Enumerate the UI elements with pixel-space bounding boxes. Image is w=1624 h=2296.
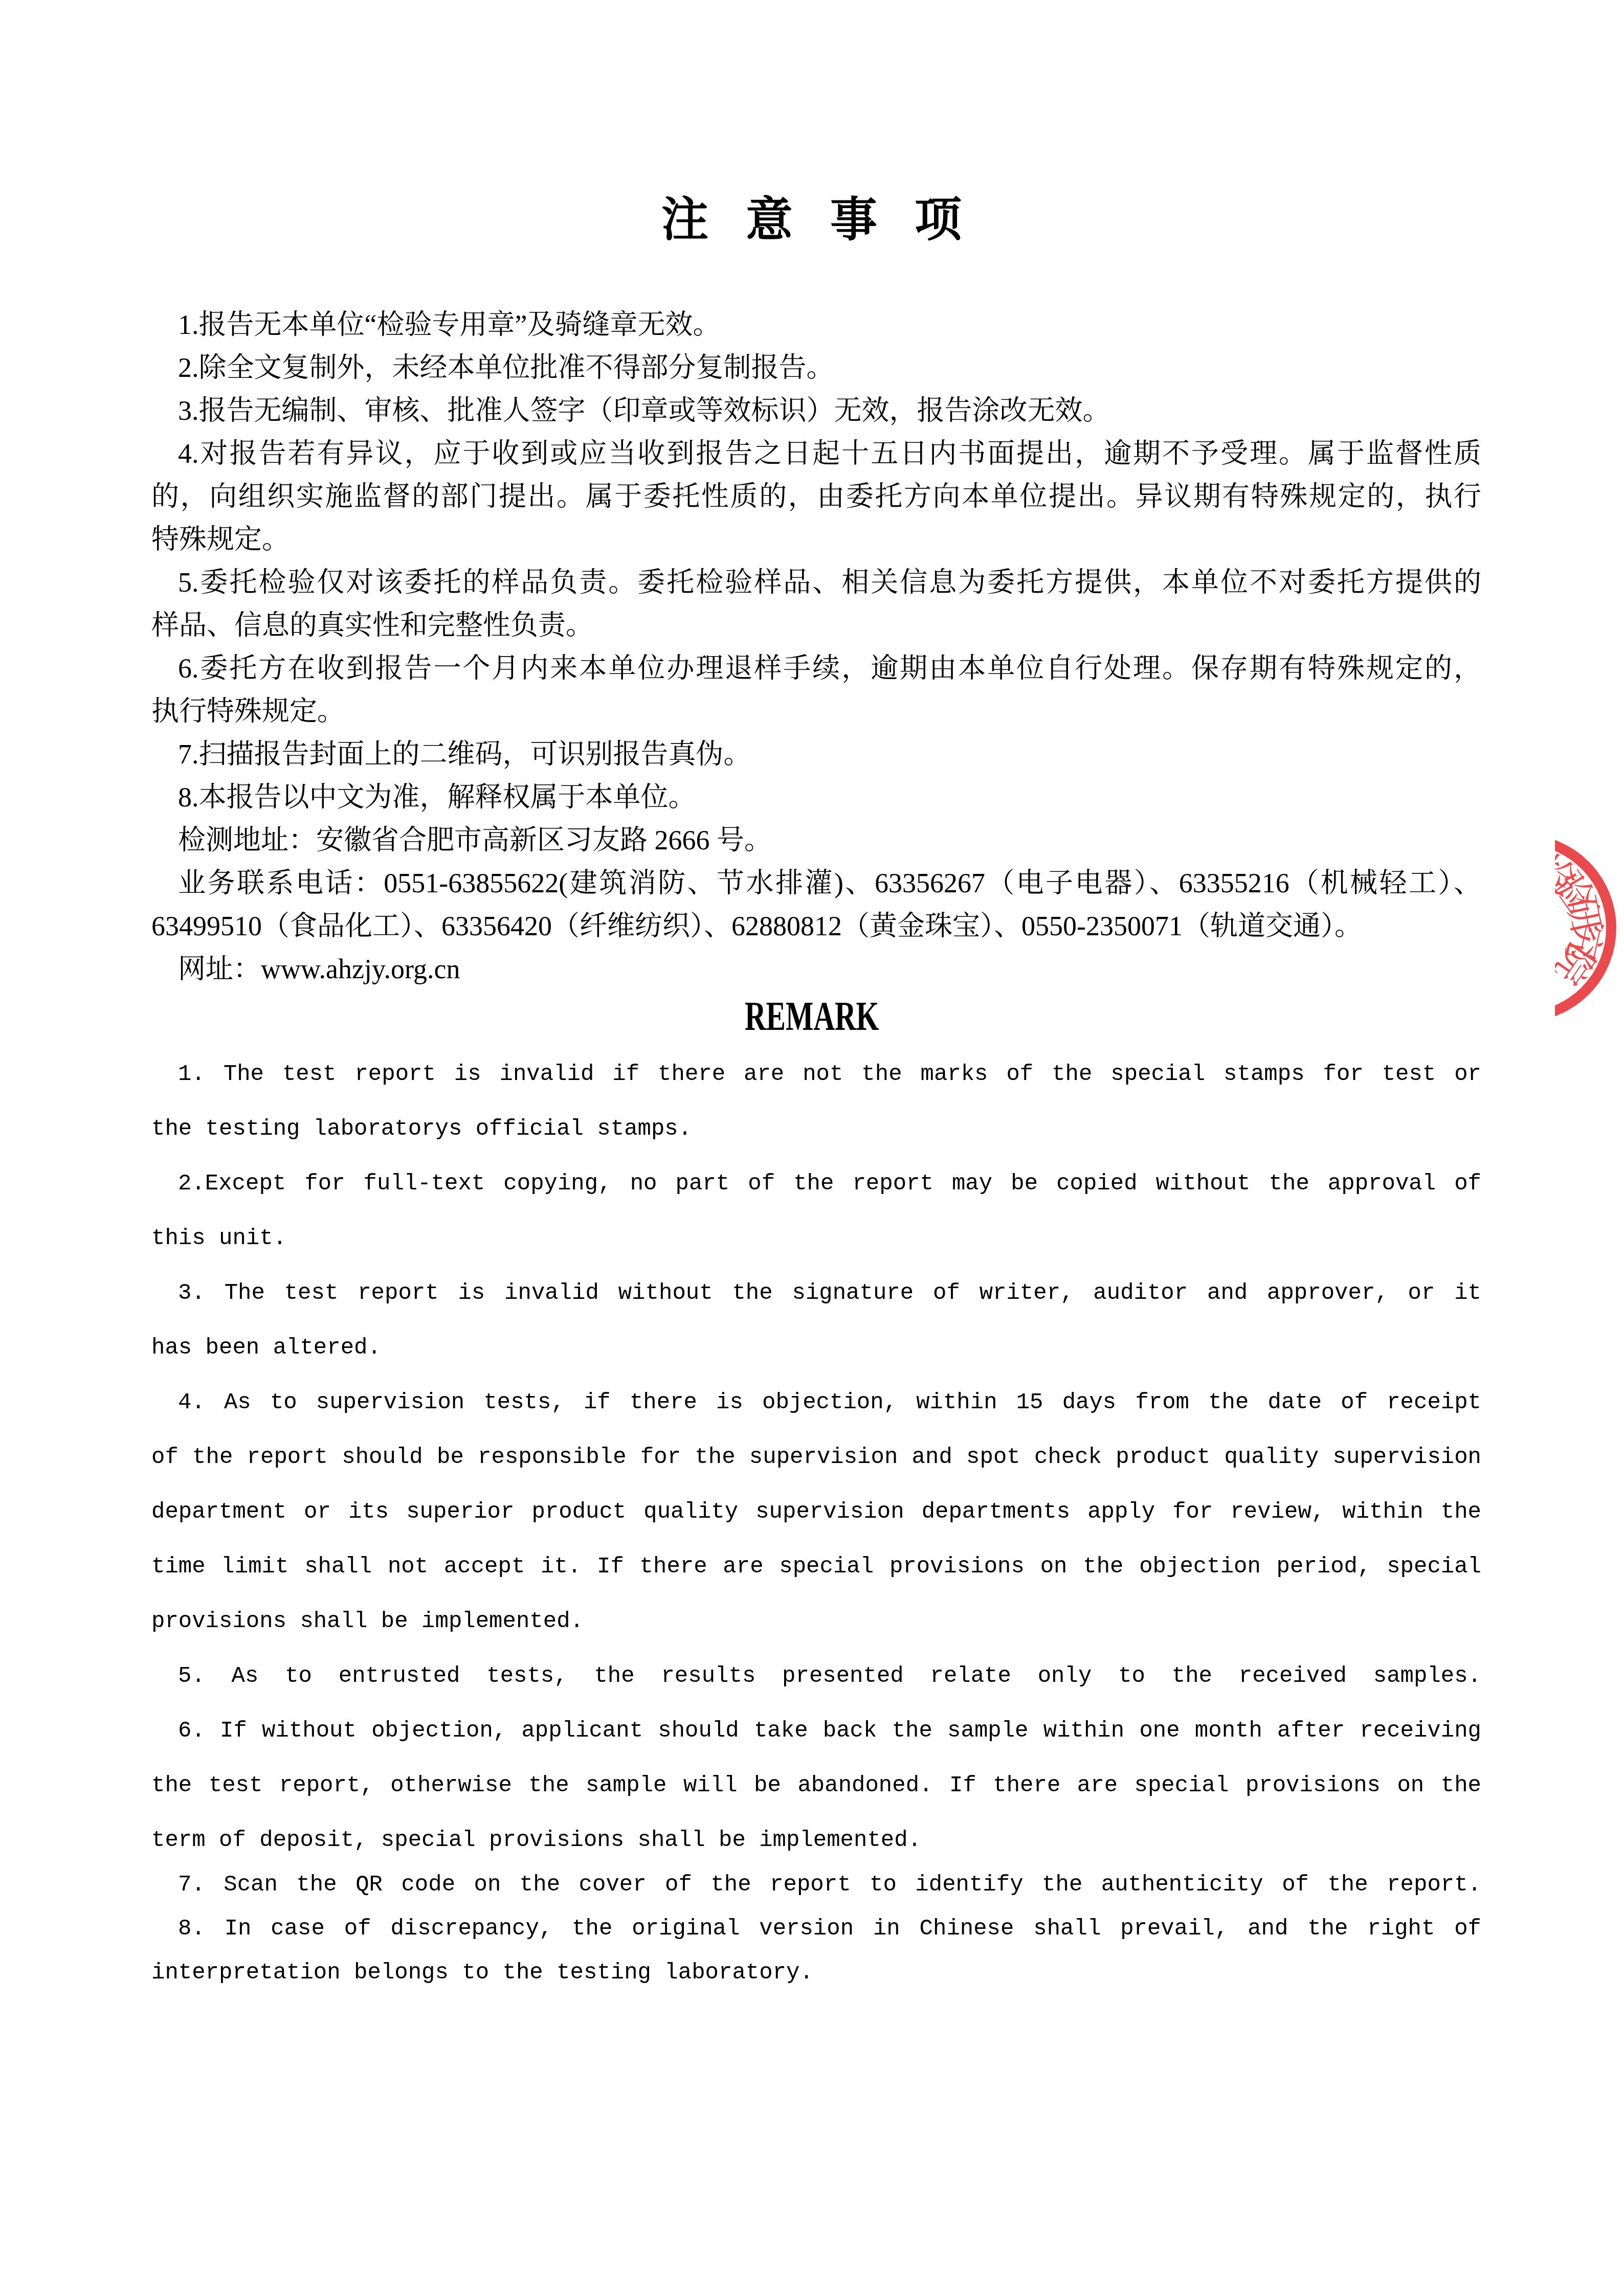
seal-character: 研 bbox=[1559, 892, 1608, 939]
cn-notice-line: 6.委托方在收到报告一个月内来本单位办理退样手续，逾期由本单位自行处理。保存期有… bbox=[151, 647, 1481, 690]
remark-heading-text: REMARK bbox=[745, 996, 879, 1037]
en-remark-line: interpretation belongs to the testing la… bbox=[151, 1951, 1481, 1995]
cn-notice-line: 1.报告无本单位“检验专用章”及骑缝章无效。 bbox=[151, 303, 1481, 346]
cn-notice-line: 5.委托检验仅对该委托的样品负责。委托检验样品、相关信息为委托方提供，本单位不对… bbox=[151, 561, 1481, 604]
en-remark-line: 1. The test report is invalid if there a… bbox=[151, 1047, 1481, 1102]
en-remark-line: 7. Scan the QR code on the cover of the … bbox=[151, 1863, 1481, 1907]
cn-notice-line: 样品、信息的真实性和完整性负责。 bbox=[151, 604, 1481, 647]
en-remark-line: has been altered. bbox=[151, 1321, 1481, 1376]
cn-notice-line: 7.扫描报告封面上的二维码，可识别报告真伪。 bbox=[151, 733, 1481, 776]
en-remark-line: term of deposit, special provisions shal… bbox=[151, 1813, 1481, 1868]
en-remark-line: the testing laboratorys official stamps. bbox=[151, 1102, 1481, 1157]
en-remark-line: 4. As to supervision tests, if there is … bbox=[151, 1376, 1481, 1430]
cn-notice-line: 3.报告无编制、审核、批准人签字（印章或等效标识）无效，报告涂改无效。 bbox=[151, 389, 1481, 432]
cn-notice-line: 4.对报告若有异议，应于收到或应当收到报告之日起十五日内书面提出，逾期不予受理。… bbox=[151, 432, 1481, 475]
seal-character: 究 bbox=[1559, 918, 1608, 964]
en-remark-section: 1. The test report is invalid if there a… bbox=[151, 1047, 1481, 1868]
en-remark-line: 3. The test report is invalid without th… bbox=[151, 1266, 1481, 1321]
cn-notice-line: 2.除全文复制外，未经本单位批准不得部分复制报告。 bbox=[151, 346, 1481, 389]
en-remark-line: the test report, otherwise the sample wi… bbox=[151, 1759, 1481, 1813]
en-remark-line: 6. If without objection, applicant shoul… bbox=[151, 1704, 1481, 1759]
cn-notice-line: 业务联系电话：0551-63855622(建筑消防、节水排灌)、63356267… bbox=[151, 862, 1481, 905]
en-remark-line: department or its superior product quali… bbox=[151, 1485, 1481, 1540]
seal-character: 检 bbox=[1555, 848, 1584, 904]
en-remark-line: 8. In case of discrepancy, the original … bbox=[151, 1907, 1481, 1951]
remark-heading: REMARK bbox=[0, 996, 1624, 1037]
cn-notice-line: 的，向组织实施监督的部门提出。属于委托性质的，由委托方向本单位提出。异议期有特殊… bbox=[151, 475, 1481, 518]
cn-notice-line: 检测地址：安徽省合肥市高新区习友路 2666 号。 bbox=[151, 819, 1481, 862]
seal-character: 院 bbox=[1555, 936, 1601, 992]
seal-ring-circle bbox=[1555, 839, 1611, 1017]
cn-notice-line: 执行特殊规定。 bbox=[151, 690, 1481, 733]
en-remark-line: time limit shall not accept it. If there… bbox=[151, 1540, 1481, 1594]
cn-notice-section: 1.报告无本单位“检验专用章”及骑缝章无效。2.除全文复制外，未经本单位批准不得… bbox=[151, 303, 1481, 991]
en-remark-line: 5. As to entrusted tests, the results pr… bbox=[151, 1649, 1481, 1704]
en-remark-line: 2.Except for full-text copying, no part … bbox=[151, 1157, 1481, 1211]
cn-notice-line: 网址：www.ahzjy.org.cn bbox=[151, 948, 1481, 991]
en-remark-line: provisions shall be implemented. bbox=[151, 1594, 1481, 1649]
page-title: 注 意 事 项 bbox=[0, 192, 1624, 248]
en-remark-line: of the report should be responsible for … bbox=[151, 1430, 1481, 1485]
seal-character: 验 bbox=[1555, 864, 1601, 920]
cn-notice-line: 特殊规定。 bbox=[151, 518, 1481, 561]
document-page: 注 意 事 项 1.报告无本单位“检验专用章”及骑缝章无效。2.除全文复制外，未… bbox=[0, 0, 1624, 2296]
cn-notice-line: 8.本报告以中文为准，解释权属于本单位。 bbox=[151, 776, 1481, 819]
en-remark-line: this unit. bbox=[151, 1211, 1481, 1266]
en-remark-section-tail: 7. Scan the QR code on the cover of the … bbox=[151, 1863, 1481, 1995]
cn-notice-line: 63499510（食品化工）、63356420（纤维纺织）、62880812（黄… bbox=[151, 905, 1481, 948]
